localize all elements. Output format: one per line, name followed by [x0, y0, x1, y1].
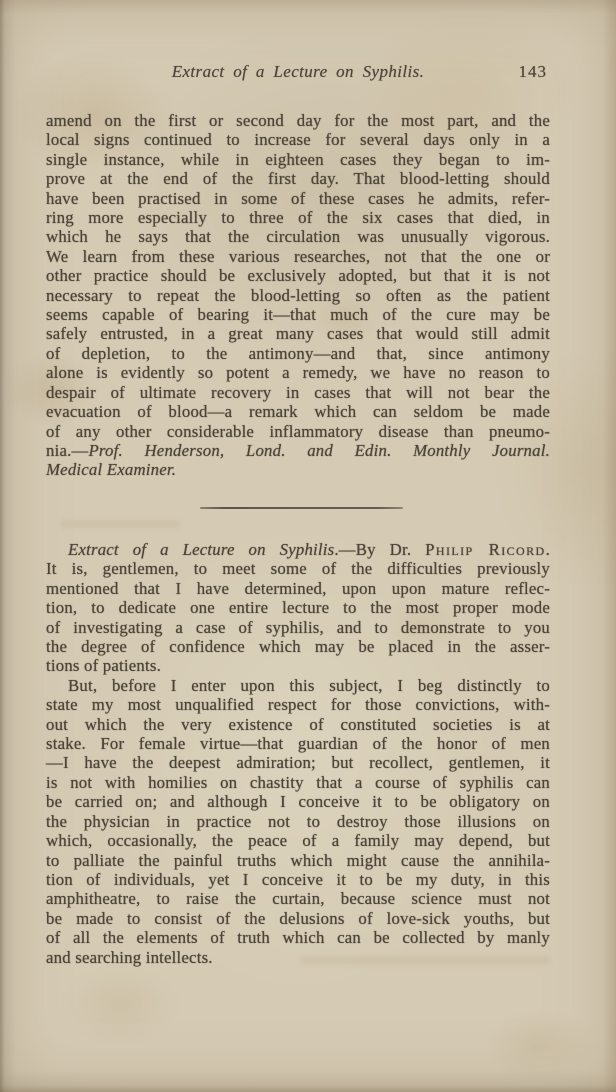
text-line: single instance, while in eighteen cases… — [46, 150, 550, 169]
text-line: nia.—Prof. Henderson, Lond. and Edin. Mo… — [46, 441, 550, 460]
text-line: But, before I enter upon this subject, I… — [46, 676, 550, 695]
text-line: —I have the deepest admiration; but reco… — [46, 753, 550, 772]
text-line: is not with homilies on chastity that a … — [46, 773, 550, 792]
text-line: of any other considerable inflammatory d… — [46, 422, 550, 441]
text-line: of investigating a case of syphilis, and… — [46, 618, 550, 637]
text-line: prove at the end of the first day. That … — [46, 169, 550, 188]
text-line: It is, gentlemen, to meet some of the di… — [46, 559, 550, 578]
scanned-book-page: Extract of a Lecture on Syphilis. 143 am… — [0, 0, 616, 1092]
text-line: Medical Examiner. — [46, 460, 550, 479]
text-line: have been practised in some of these cas… — [46, 189, 550, 208]
article2-body: Extract of a Lecture on Syphilis.—By Dr.… — [46, 540, 550, 967]
text-line: state my most unqualified respect for th… — [46, 695, 550, 714]
text-line: the degree of confidence which may be pl… — [46, 637, 550, 656]
text-line: stake. For female virtue—that guardian o… — [46, 734, 550, 753]
text-line: We learn from these various researches, … — [46, 247, 550, 266]
text-line: local signs continued to increase for se… — [46, 130, 550, 149]
text-line: which, occasionally, the peace of a fami… — [46, 831, 550, 850]
section-divider-rule — [200, 507, 403, 509]
text-line: ring more especially to three of the six… — [46, 208, 550, 227]
text-line: which he says that the circulation was u… — [46, 227, 550, 246]
text-line: the physician in practice not to destroy… — [46, 812, 550, 831]
text-line: evacuation of blood—a remark which can s… — [46, 402, 550, 421]
text-line: alone is evidently so potent a remedy, w… — [46, 363, 550, 382]
running-head-title: Extract of a Lecture on Syphilis. — [46, 62, 550, 82]
text-line: to palliate the painful truths which mig… — [46, 851, 550, 870]
text-line: other practice should be exclusively ado… — [46, 266, 550, 285]
text-line: amend on the first or second day for the… — [46, 111, 550, 130]
article1-body: amend on the first or second day for the… — [46, 111, 550, 480]
text-line: Extract of a Lecture on Syphilis.—By Dr.… — [46, 540, 550, 559]
text-line: amphitheatre, to raise the curtain, beca… — [46, 889, 550, 908]
text-line: of depletion, to the antimony—and that, … — [46, 344, 550, 363]
text-line: seems capable of bearing it—that much of… — [46, 305, 550, 324]
text-line: be made to consist of the delusions of l… — [46, 909, 550, 928]
text-line: tion of individuals, yet I conceive it t… — [46, 870, 550, 889]
text-line: be carried on; and although I conceive i… — [46, 792, 550, 811]
text-line: of all the elements of truth which can b… — [46, 928, 550, 947]
ink-showthrough-smudge — [60, 520, 180, 528]
running-head: Extract of a Lecture on Syphilis. 143 — [46, 62, 550, 84]
page-number: 143 — [519, 62, 548, 82]
text-line: tion, to dedicate one entire lecture to … — [46, 598, 550, 617]
text-line: tions of patients. — [46, 656, 550, 675]
text-line: despair of ultimate recovery in cases th… — [46, 383, 550, 402]
text-line: safely entrusted, in a great many cases … — [46, 324, 550, 343]
text-line: mentioned that I have determined, upon u… — [46, 579, 550, 598]
ink-showthrough-smudge — [300, 956, 550, 965]
text-line: out which the very existence of constitu… — [46, 715, 550, 734]
text-line: necessary to repeat the blood-letting so… — [46, 286, 550, 305]
